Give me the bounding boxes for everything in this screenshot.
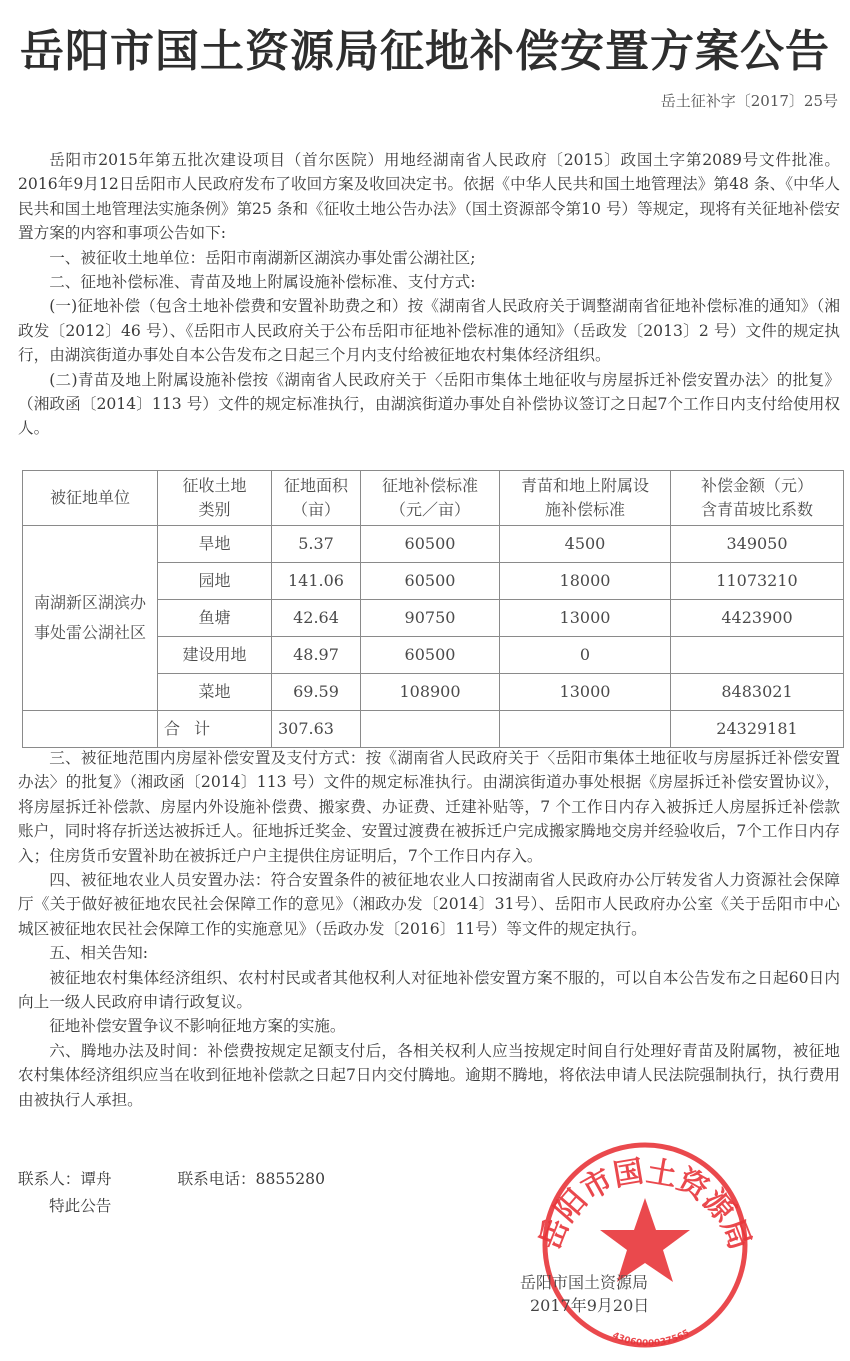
contact-person: 联系人：谭舟 xyxy=(18,1170,112,1188)
table-header-row: 被征地单位 征收土地类别 征地面积（亩） 征地补偿标准（元／亩） 青苗和地上附属… xyxy=(23,471,844,526)
cell-land-std: 60500 xyxy=(361,637,500,674)
section-3: 三、被征地范围内房屋补偿安置及支付方式：按《湖南省人民政府关于〈岳阳市集体土地征… xyxy=(18,746,840,868)
cell-area: 69.59 xyxy=(272,674,361,711)
cell-land-std: 60500 xyxy=(361,526,500,563)
section-5-2: 征地补偿安置争议不影响征地方案的实施。 xyxy=(18,1014,840,1038)
cell-area: 48.97 xyxy=(272,637,361,674)
notice-title: 岳阳市国土资源局征地补偿安置方案公告 xyxy=(0,22,850,82)
section-2-heading: 二、征地补偿标准、青苗及地上附属设施补偿标准、支付方式: xyxy=(18,270,840,294)
cell-land-type: 旱地 xyxy=(158,526,272,563)
contact-phone: 联系电话：8855280 xyxy=(178,1170,325,1188)
section-2-1: (一)征地补偿（包含土地补偿费和安置补助费之和）按《湖南省人民政府关于调整湖南省… xyxy=(18,294,840,367)
cell-crop-std: 0 xyxy=(500,637,671,674)
cell-area: 141.06 xyxy=(272,563,361,600)
col-header-area: 征地面积（亩） xyxy=(272,471,361,526)
compensation-table: 被征地单位 征收土地类别 征地面积（亩） 征地补偿标准（元／亩） 青苗和地上附属… xyxy=(22,470,844,748)
col-header-land-std: 征地补偿标准（元／亩） xyxy=(361,471,500,526)
section-6: 六、腾地办法及时间：补偿费按规定足额支付后，各相关权利人应当按规定时间自行处理好… xyxy=(18,1039,840,1112)
col-header-amount: 补偿金额（元）含青苗坡比系数 xyxy=(671,471,844,526)
total-area: 307.63 xyxy=(272,711,361,748)
section-1: 一、被征收土地单位：岳阳市南湖新区湖滨办事处雷公湖社区; xyxy=(18,246,840,270)
document-number: 岳土征补字〔2017〕25号 xyxy=(661,90,838,111)
cell-land-type: 菜地 xyxy=(158,674,272,711)
signature-date: 2017年9月20日 xyxy=(530,1293,649,1316)
cell-land-std: 108900 xyxy=(361,674,500,711)
cell-area: 42.64 xyxy=(272,600,361,637)
total-amount: 24329181 xyxy=(671,711,844,748)
total-empty-cell xyxy=(500,711,671,748)
section-4: 四、被征地农业人员安置办法：符合安置条件的被征地农业人口按湖南省人民政府办公厅转… xyxy=(18,868,840,941)
table-row: 南湖新区湖滨办事处雷公湖社区 旱地 5.37 60500 4500 349050 xyxy=(23,526,844,563)
cell-land-type: 鱼塘 xyxy=(158,600,272,637)
cell-amount: 11073210 xyxy=(671,563,844,600)
section-5-1: 被征地农村集体经济组织、农村村民或者其他权利人对征地补偿安置方案不服的，可以自本… xyxy=(18,966,840,1015)
total-label: 合计 xyxy=(158,711,272,748)
seal-code: 4306000037565 xyxy=(611,1328,692,1349)
col-header-unit: 被征地单位 xyxy=(23,471,158,526)
closing-text: 特此公告 xyxy=(49,1194,111,1216)
cell-land-std: 60500 xyxy=(361,563,500,600)
cell-crop-std: 18000 xyxy=(500,563,671,600)
total-empty-cell xyxy=(361,711,500,748)
cell-amount: 349050 xyxy=(671,526,844,563)
col-header-land-type: 征收土地类别 xyxy=(158,471,272,526)
cell-amount: 8483021 xyxy=(671,674,844,711)
cell-land-std: 90750 xyxy=(361,600,500,637)
notice-body-bottom: 三、被征地范围内房屋补偿安置及支付方式：按《湖南省人民政府关于〈岳阳市集体土地征… xyxy=(18,746,840,1112)
cell-crop-std: 13000 xyxy=(500,600,671,637)
official-seal-icon: 岳阳市国土资源局 4306000037565 xyxy=(515,1130,775,1360)
cell-crop-std: 13000 xyxy=(500,674,671,711)
col-header-crop-std: 青苗和地上附属设施补偿标准 xyxy=(500,471,671,526)
cell-land-type: 园地 xyxy=(158,563,272,600)
total-empty-cell xyxy=(23,711,158,748)
cell-land-type: 建设用地 xyxy=(158,637,272,674)
cell-area: 5.37 xyxy=(272,526,361,563)
cell-amount: 4423900 xyxy=(671,600,844,637)
cell-amount xyxy=(671,637,844,674)
unit-cell: 南湖新区湖滨办事处雷公湖社区 xyxy=(23,526,158,711)
intro-paragraph: 岳阳市2015年第五批次建设项目（首尔医院）用地经湖南省人民政府〔2015〕政国… xyxy=(18,148,840,246)
cell-crop-std: 4500 xyxy=(500,526,671,563)
table-total-row: 合计 307.63 24329181 xyxy=(23,711,844,748)
signature-org: 岳阳市国土资源局 xyxy=(520,1270,648,1293)
svg-text:4306000037565: 4306000037565 xyxy=(611,1328,692,1349)
contact-line: 联系人：谭舟联系电话：8855280 xyxy=(18,1167,325,1189)
section-2-2: (二)青苗及地上附属设施补偿按《湖南省人民政府关于〈岳阳市集体土地征收与房屋拆迁… xyxy=(18,368,840,441)
section-5-heading: 五、相关告知: xyxy=(18,941,840,965)
notice-body-top: 岳阳市2015年第五批次建设项目（首尔医院）用地经湖南省人民政府〔2015〕政国… xyxy=(18,148,840,441)
